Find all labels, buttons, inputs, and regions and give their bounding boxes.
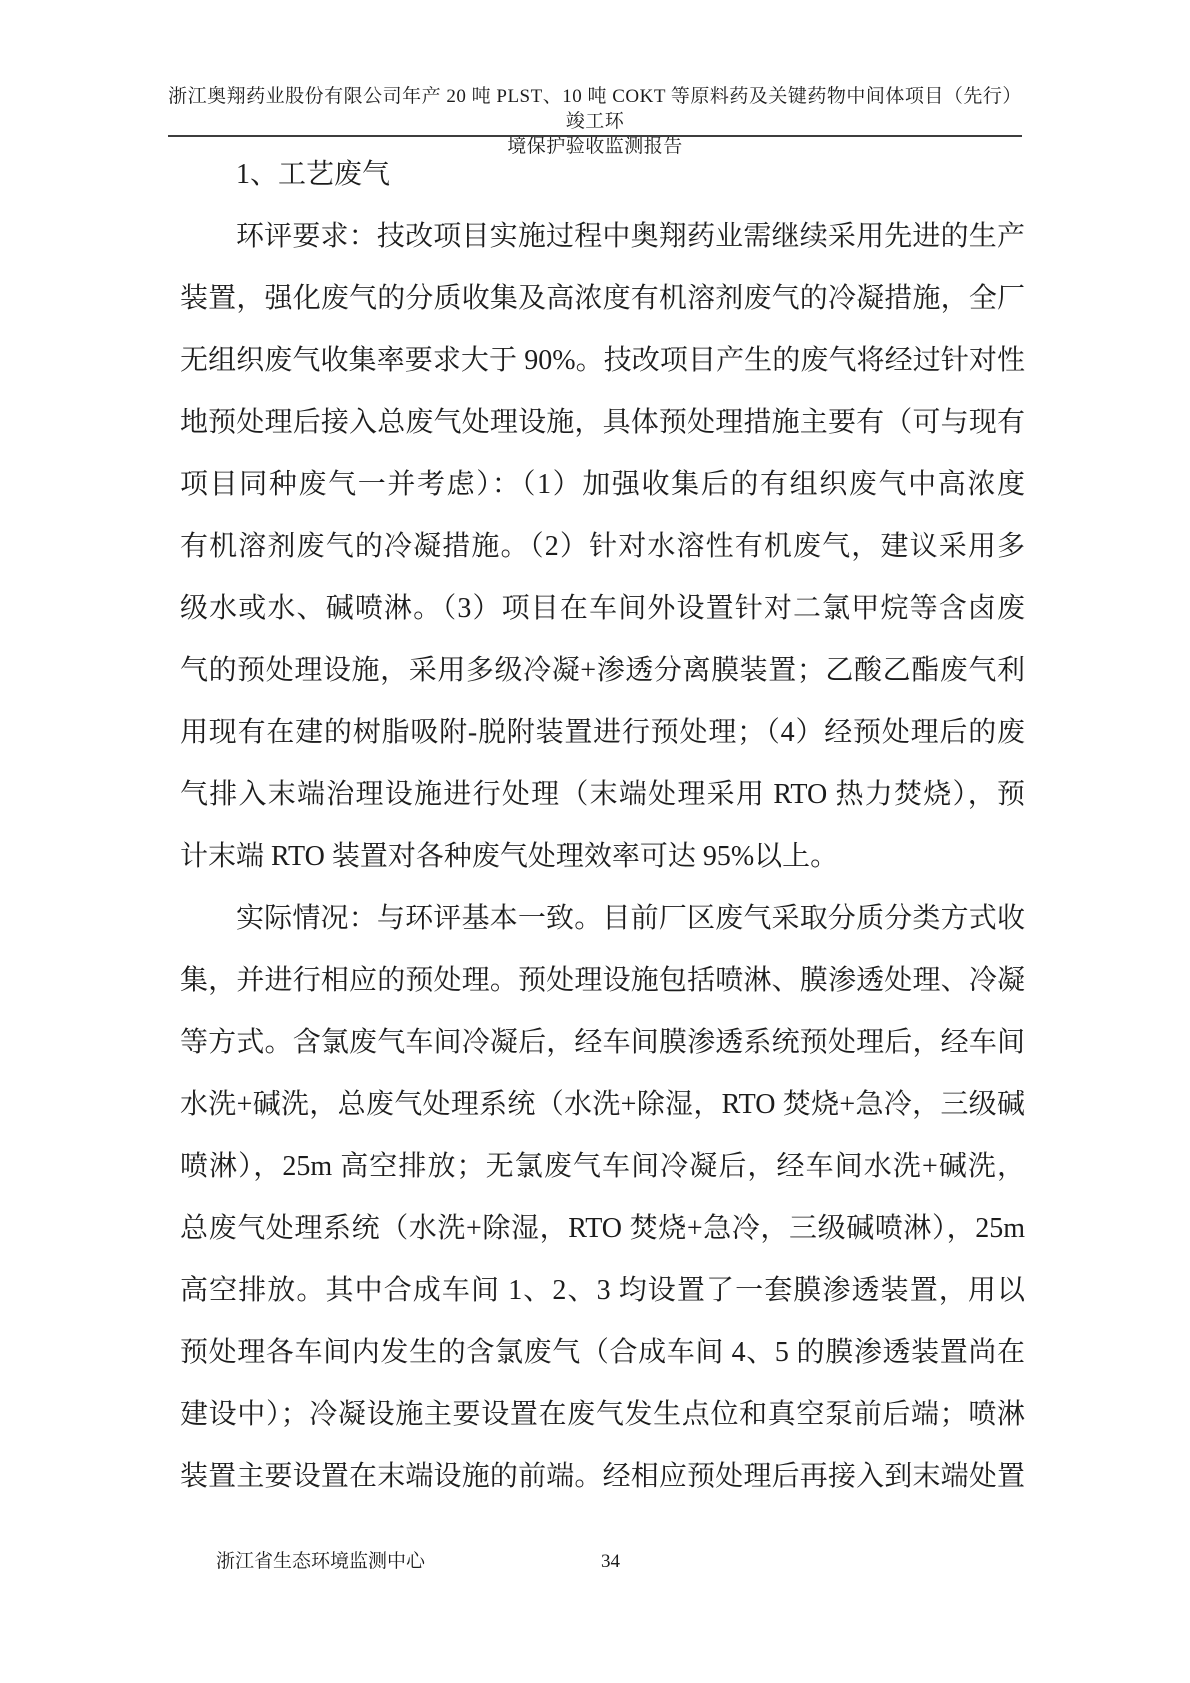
paragraph-line: 总废气处理系统（水洗+除湿，RTO 焚烧+急冷，三级碱喷淋），25m [180, 1198, 1025, 1260]
paragraph-line: 级水或水、碱喷淋。（3）项目在车间外设置针对二氯甲烷等含卤废 [180, 578, 1025, 640]
paragraph-line: 水洗+碱洗，总废气处理系统（水洗+除湿，RTO 焚烧+急冷，三级碱 [180, 1074, 1025, 1136]
paragraph-line: 无组织废气收集率要求大于 90%。技改项目产生的废气将经过针对性 [180, 330, 1025, 392]
paragraph-line: 预处理各车间内发生的含氯废气（合成车间 4、5 的膜渗透装置尚在 [180, 1322, 1025, 1384]
paragraph-line: 计末端 RTO 装置对各种废气处理效率可达 95%以上。 [180, 826, 1025, 888]
paragraph-line: 气的预处理设施，采用多级冷凝+渗透分离膜装置；乙酸乙酯废气利 [180, 640, 1025, 702]
header-divider [168, 135, 1022, 137]
paragraph-line: 项目同种废气一并考虑）：（1）加强收集后的有组织废气中高浓度 [180, 454, 1025, 516]
paragraph-line: 用现有在建的树脂吸附-脱附装置进行预处理；（4）经预处理后的废 [180, 702, 1025, 764]
paragraph-line: 集，并进行相应的预处理。预处理设施包括喷淋、膜渗透处理、冷凝 [180, 950, 1025, 1012]
paragraph-line: 实际情况：与环评基本一致。目前厂区废气采取分质分类方式收 [180, 888, 1025, 950]
document-page: 浙江奥翔药业股份有限公司年产 20 吨 PLST、10 吨 COKT 等原料药及… [0, 0, 1190, 1683]
paragraph-line: 地预处理后接入总废气处理设施，具体预处理措施主要有（可与现有 [180, 392, 1025, 454]
paragraph-line: 装置主要设置在末端设施的前端。经相应预处理后再接入到末端处置 [180, 1446, 1025, 1508]
document-body: 1、工艺废气环评要求：技改项目实施过程中奥翔药业需继续采用先进的生产装置，强化废… [180, 144, 1025, 1508]
footer-page-number: 34 [601, 1549, 620, 1575]
paragraph-line: 建设中）；冷凝设施主要设置在废气发生点位和真空泵前后端；喷淋 [180, 1384, 1025, 1446]
section-heading: 1、工艺废气 [180, 144, 1025, 206]
paragraph-line: 有机溶剂废气的冷凝措施。（2）针对水溶性有机废气，建议采用多 [180, 516, 1025, 578]
footer-organization: 浙江省生态环境监测中心 [216, 1549, 425, 1575]
page-footer: 浙江省生态环境监测中心 34 [0, 1549, 1190, 1575]
header-title-line-1: 浙江奥翔药业股份有限公司年产 20 吨 PLST、10 吨 COKT 等原料药及… [168, 84, 1022, 134]
paragraph-line: 等方式。含氯废气车间冷凝后，经车间膜渗透系统预处理后，经车间 [180, 1012, 1025, 1074]
paragraph-line: 环评要求：技改项目实施过程中奥翔药业需继续采用先进的生产 [180, 206, 1025, 268]
paragraph-line: 气排入末端治理设施进行处理（末端处理采用 RTO 热力焚烧），预 [180, 764, 1025, 826]
paragraph-line: 高空排放。其中合成车间 1、2、3 均设置了一套膜渗透装置，用以 [180, 1260, 1025, 1322]
paragraph-line: 喷淋），25m 高空排放；无氯废气车间冷凝后，经车间水洗+碱洗， [180, 1136, 1025, 1198]
paragraph-line: 装置，强化废气的分质收集及高浓度有机溶剂废气的冷凝措施，全厂 [180, 268, 1025, 330]
